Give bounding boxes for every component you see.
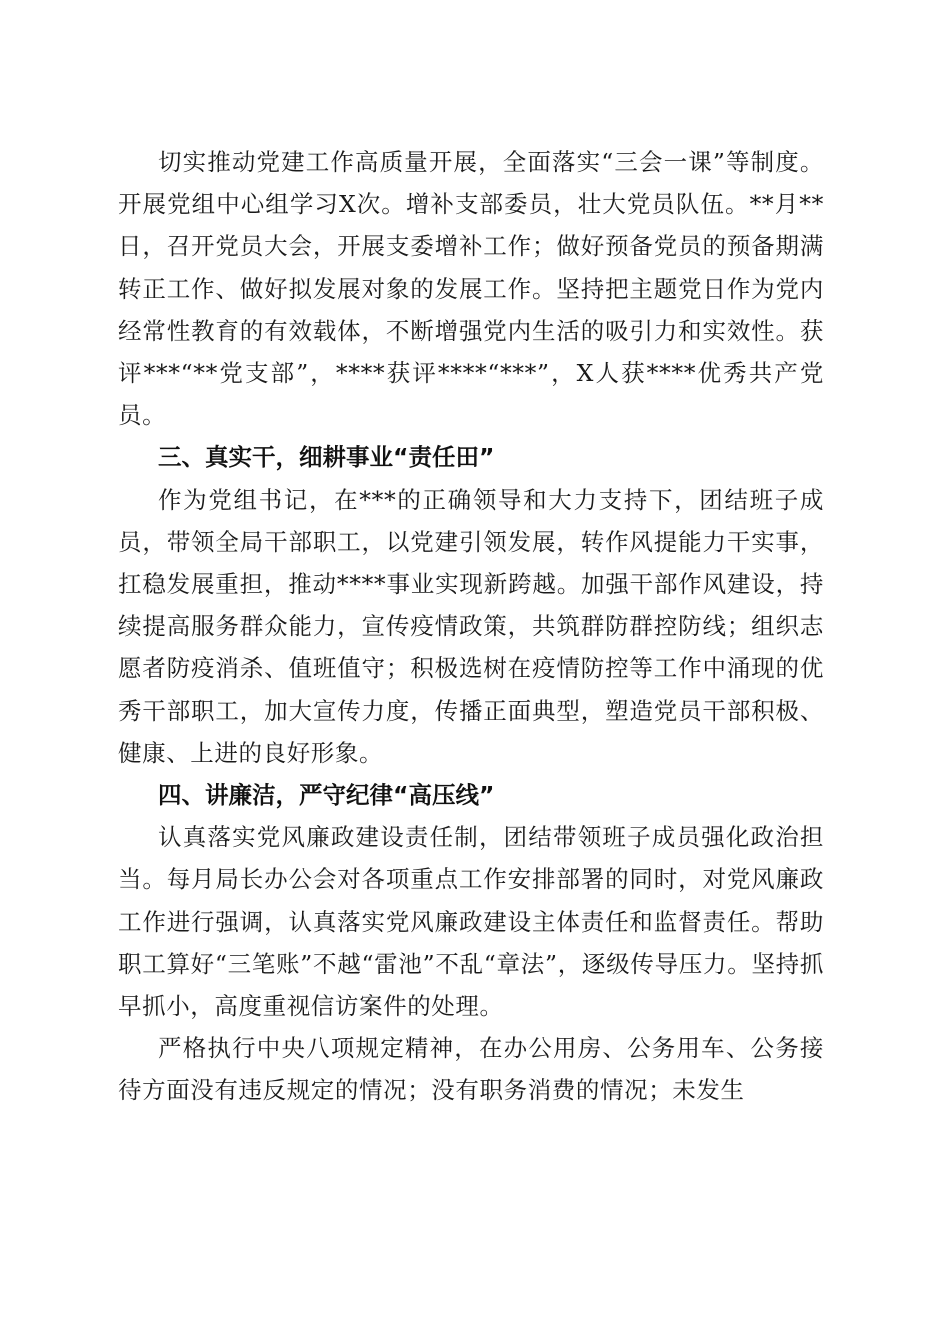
paragraph-section-3: 作为党组书记，在***的正确领导和大力支持下，团结班子成员，带领全局干部职工，以… bbox=[118, 479, 824, 774]
paragraph-party-building: 切实推动党建工作高质量开展，全面落实“三会一课”等制度。开展党组中心组学习X次。… bbox=[118, 141, 824, 436]
paragraph-section-4b: 严格执行中央八项规定精神，在办公用房、公务用车、公务接待方面没有违反规定的情况；… bbox=[118, 1027, 824, 1111]
heading-section-4: 四、讲廉洁，严守纪律“高压线” bbox=[118, 774, 824, 816]
heading-section-3: 三、真实干，细耕事业“责任田” bbox=[118, 436, 824, 478]
document-page: 切实推动党建工作高质量开展，全面落实“三会一课”等制度。开展党组中心组学习X次。… bbox=[118, 141, 824, 1112]
paragraph-section-4a: 认真落实党风廉政建设责任制，团结带领班子成员强化政治担当。每月局长办公会对各项重… bbox=[118, 816, 824, 1027]
